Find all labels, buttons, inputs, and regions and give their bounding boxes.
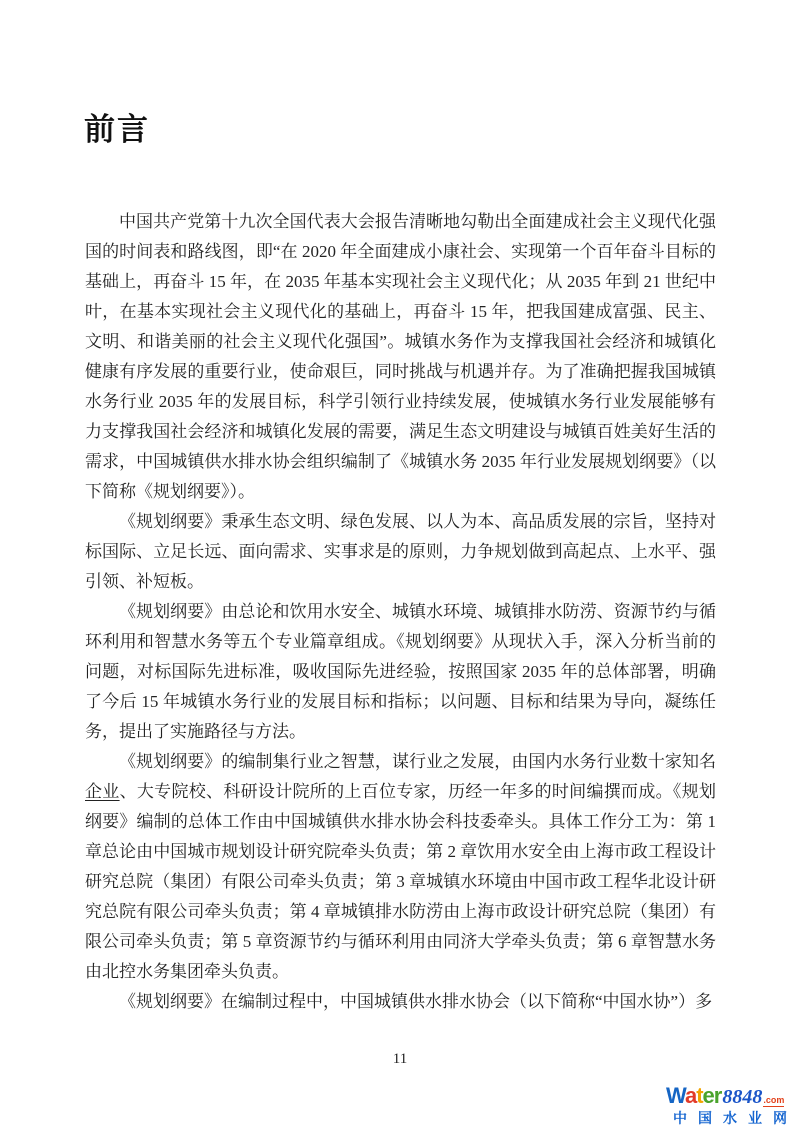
logo-letter: e: [703, 1083, 714, 1108]
paragraph: 中国共产党第十九次全国代表大会报告清晰地勾勒出全面建成社会主义现代化强国的时间表…: [85, 207, 716, 507]
logo-com-text: .com: [763, 1096, 784, 1107]
logo-top-line: Water 8848 .com: [666, 1085, 794, 1107]
logo-subtitle: 中国水业网: [666, 1111, 800, 1125]
document-page: 前言 中国共产党第十九次全国代表大会报告清晰地勾勒出全面建成社会主义现代化强国的…: [0, 0, 800, 1132]
document-body: 中国共产党第十九次全国代表大会报告清晰地勾勒出全面建成社会主义现代化强国的时间表…: [85, 207, 716, 1017]
paragraph: 《规划纲要》在编制过程中，中国城镇供水排水协会（以下简称“中国水协”）多: [85, 987, 716, 1017]
logo-letter: W: [666, 1083, 685, 1108]
page-title: 前言: [84, 104, 150, 149]
page-number: 11: [0, 1051, 800, 1068]
logo-letter: a: [685, 1083, 696, 1108]
paragraph: 《规划纲要》由总论和饮用水安全、城镇水环境、城镇排水防涝、资源节约与循环利用和智…: [85, 597, 716, 747]
paragraph: 《规划纲要》的编制集行业之智慧，谋行业之发展，由国内水务行业数十家知名企业、大专…: [85, 747, 716, 987]
paragraph: 《规划纲要》秉承生态文明、绿色发展、以人为本、高品质发展的宗旨，坚持对标国际、立…: [85, 507, 716, 597]
logo-8848-text: 8848: [722, 1087, 762, 1107]
logo-water-text: Water: [666, 1085, 721, 1107]
logo-letter: r: [714, 1083, 722, 1108]
water8848-logo: Water 8848 .com 中国水业网: [666, 1085, 794, 1125]
